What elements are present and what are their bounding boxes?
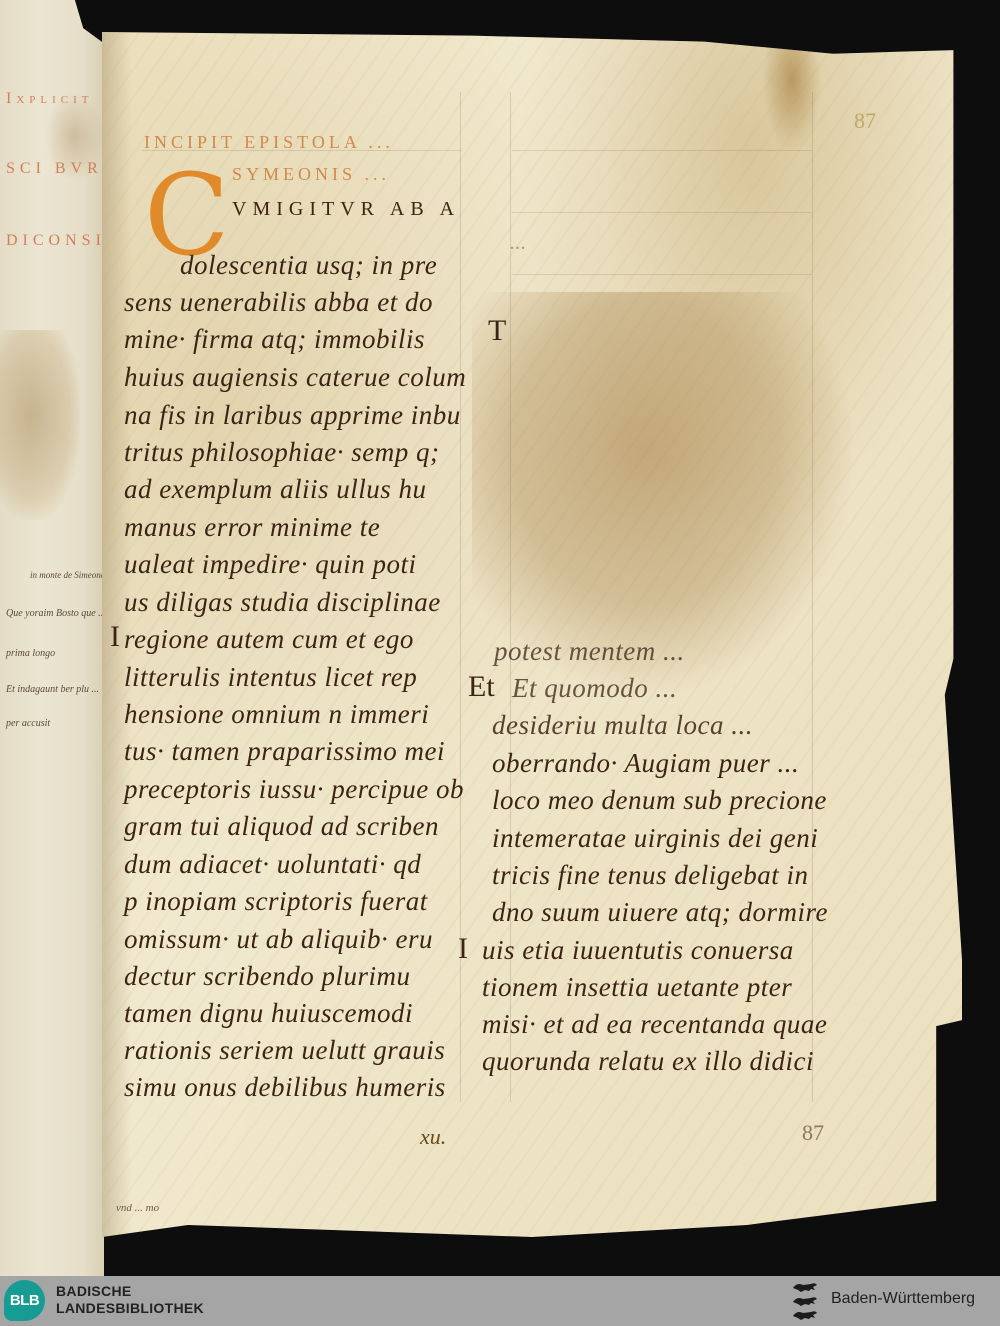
folio-number-top: 87 (854, 108, 876, 134)
text-line: tus· tamen praparissimo mei (124, 736, 445, 767)
footer-bar: BLB BADISCHE LANDESBIBLIOTHEK Baden-Würt… (0, 1276, 1000, 1326)
baden-wuerttemberg-lions-icon (790, 1280, 820, 1322)
left-margin-note: Que yoraim Bosto que ... (6, 608, 106, 619)
text-line: dum adiacet· uoluntati· qd (124, 849, 421, 880)
page-stain (0, 330, 80, 520)
text-line: sens uenerabilis abba et do (124, 287, 433, 318)
text-line: tritus philosophiae· semp q; (124, 437, 440, 468)
ruling-line (512, 212, 812, 213)
blb-org-line2: LANDESBIBLIOTHEK (56, 1300, 204, 1317)
text-line: tricis fine tenus deligebat in (492, 860, 808, 891)
text-line: dolescentia usq; in pre (180, 250, 437, 281)
baden-wuerttemberg-name[interactable]: Baden-Württemberg (831, 1290, 975, 1308)
text-line: dectur scribendo plurimu (124, 961, 410, 992)
left-margin-note: Et indagaunt ber plu ... (6, 684, 99, 695)
left-facing-page: Ixplicit ... SCI BVRCHA DICONSI... in mo… (0, 0, 104, 1276)
quire-signature: xu. (420, 1124, 446, 1150)
text-line: desideriu multa loca ... (492, 710, 753, 741)
text-line: huius augiensis caterue colum (124, 362, 466, 393)
rubric-heading-line: SYMEONIS ... (232, 164, 390, 185)
text-line: dno suum uiuere atq; dormire (492, 897, 828, 928)
margin-initial: I (110, 620, 120, 654)
text-line: misi· et ad ea recentanda quae (482, 1009, 827, 1040)
faded-text-line: ... (510, 232, 527, 255)
text-line: na fis in laribus apprime inbu (124, 400, 461, 431)
text-line: simu onus debilibus humeris (124, 1072, 446, 1103)
folio-number-bottom: 87 (802, 1120, 824, 1146)
water-stain (472, 292, 852, 692)
text-line: preceptoris iussu· percipue ob (124, 774, 464, 805)
bottom-margin-note: vnd ... mo (116, 1202, 159, 1214)
column-ruling (812, 92, 813, 1102)
water-stain (762, 32, 822, 152)
ruling-line (512, 150, 812, 151)
text-line: ualeat impedire· quin poti (124, 549, 416, 580)
text-line: quorunda relatu ex illo didici (482, 1046, 814, 1077)
left-margin-note: in monte de Simeone (30, 570, 105, 580)
text-line: manus error minime te (124, 512, 380, 543)
text-line: litterulis intentus licet rep (124, 662, 417, 693)
rubric-heading-line: INCIPIT EPISTOLA ... (144, 132, 394, 153)
text-line: tionem insettia uetante pter (482, 972, 792, 1003)
text-line: omissum· ut ab aliquib· eru (124, 924, 433, 955)
left-margin-note: per accusit (6, 718, 50, 729)
text-line: intemeratae uirginis dei geni (492, 823, 818, 854)
blb-org-name[interactable]: BADISCHE LANDESBIBLIOTHEK (56, 1283, 204, 1317)
blb-logo[interactable]: BLB (4, 1280, 45, 1321)
text-line: us diligas studia disciplinae (124, 587, 441, 618)
ruling-line (512, 274, 812, 275)
text-line: regione autem cum et ego (124, 624, 414, 655)
opening-capitals: VMIGITVR AB A (232, 198, 460, 221)
manuscript-viewer[interactable]: Ixplicit ... SCI BVRCHA DICONSI... in mo… (0, 0, 1000, 1276)
text-line: uis etia iuuentutis conuersa (482, 935, 794, 966)
text-line: p inopiam scriptoris fuerat (124, 886, 428, 917)
blb-org-line1: BADISCHE (56, 1283, 204, 1300)
text-line: ad exemplum aliis ullus hu (124, 474, 426, 505)
left-margin-note: prima longo (6, 648, 55, 659)
text-line: loco meo denum sub precione (492, 785, 827, 816)
margin-initial: I (458, 932, 468, 966)
text-line: potest mentem ... (494, 636, 685, 667)
margin-initial: Et (468, 670, 495, 704)
margin-initial: T (488, 314, 506, 348)
text-line: mine· firma atq; immobilis (124, 324, 425, 355)
text-line: rationis seriem uelutt grauis (124, 1035, 445, 1066)
text-line: Et quomodo ... (512, 673, 677, 704)
text-line: oberrando· Augiam puer ... (492, 748, 799, 779)
text-line: tamen dignu huiuscemodi (124, 998, 413, 1029)
manuscript-page-recto: 87 87 xu. vnd ... mo INCIPIT EPISTOLA ..… (102, 32, 962, 1237)
text-line: hensione omnium n immeri (124, 699, 429, 730)
text-line: gram tui aliquod ad scriben (124, 811, 439, 842)
